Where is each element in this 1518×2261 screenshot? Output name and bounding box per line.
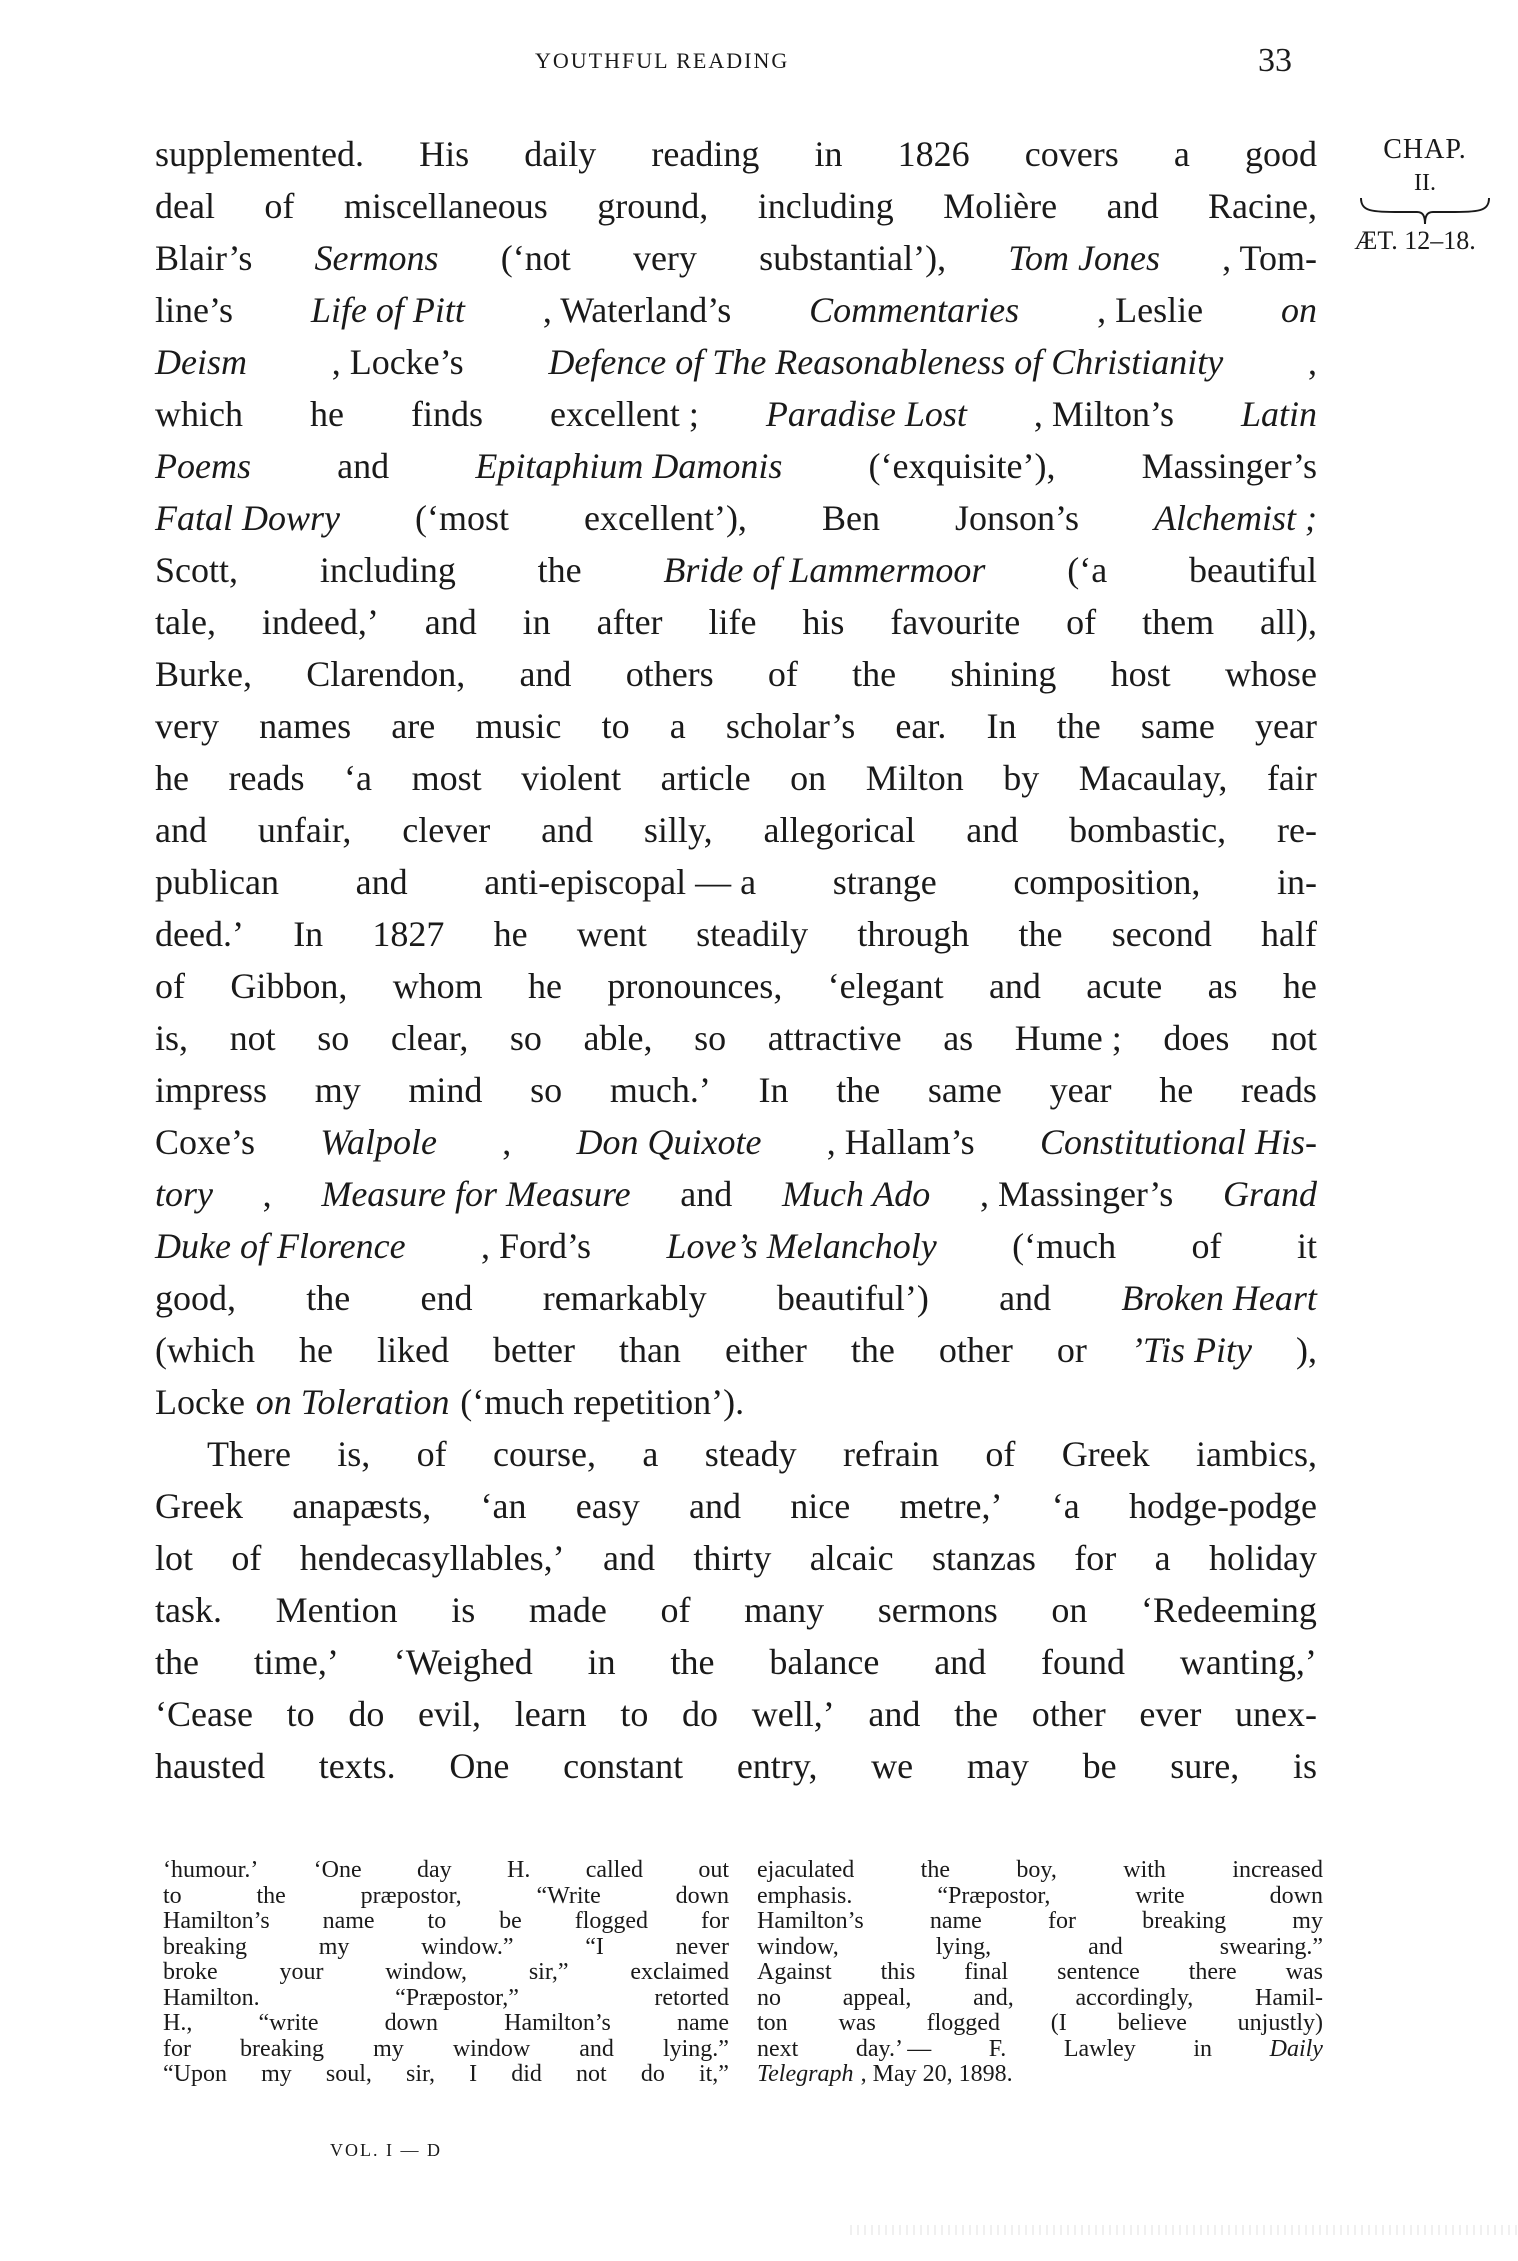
- word: does: [1163, 1012, 1229, 1064]
- word: was: [838, 2011, 875, 2037]
- word: shining: [950, 648, 1056, 700]
- text-line: line’sLife of Pitt, Waterland’sCommentar…: [155, 284, 1317, 336]
- word: in-: [1277, 856, 1317, 908]
- word: His: [419, 128, 469, 180]
- word: ear.: [895, 700, 946, 752]
- word: a: [1155, 1532, 1171, 1584]
- text-line: Fatal Dowry(‘mostexcellent’),BenJonson’s…: [155, 492, 1317, 544]
- word: down: [385, 2011, 438, 2037]
- running-title: YOUTHFUL READING: [535, 48, 789, 74]
- text-line: tonwasflogged(Ibelieveunjustly): [757, 2011, 1323, 2037]
- word: as: [943, 1012, 973, 1064]
- word: name: [323, 1909, 375, 1935]
- text-line: Hamilton’snametobefloggedfor: [163, 1909, 729, 1935]
- italic-title: Defence of The Reasonableness of Christi…: [548, 336, 1223, 388]
- word: “Præpostor,: [937, 1884, 1050, 1910]
- word: the: [852, 648, 896, 700]
- word: metre,’: [900, 1480, 1003, 1532]
- word: soul,: [326, 2062, 372, 2088]
- footnote-left-column: ‘humour.’‘OnedayH.calledouttothepræposto…: [163, 1858, 729, 2088]
- word: and: [356, 856, 408, 908]
- word: alcaic: [810, 1532, 894, 1584]
- word: and,: [973, 1986, 1014, 2012]
- word: ejaculated: [757, 1858, 854, 1884]
- word: is: [1293, 1740, 1317, 1792]
- word: ‘humour.’: [163, 1858, 258, 1884]
- word: miscellaneous: [344, 180, 548, 232]
- word: refrain: [843, 1428, 939, 1480]
- word: iambics,: [1196, 1428, 1317, 1480]
- word: out: [698, 1858, 729, 1884]
- word: sir,: [406, 2062, 435, 2088]
- text-line: Blair’sSermons(‘notverysubstantial’),Tom…: [155, 232, 1317, 284]
- word: “Præpostor,”: [395, 1986, 519, 2012]
- word: he: [528, 960, 562, 1012]
- word: ‘a: [1052, 1480, 1080, 1532]
- italic-title: Love’s Melancholy: [666, 1220, 936, 1272]
- text-line: brokeyourwindow,sir,”exclaimed: [163, 1960, 729, 1986]
- word: deal: [155, 180, 215, 232]
- word: the: [306, 1272, 350, 1324]
- word: life: [708, 596, 756, 648]
- text-line: dealofmiscellaneousground,includingMoliè…: [155, 180, 1317, 232]
- word: sure,: [1170, 1740, 1239, 1792]
- word: Burke,: [155, 648, 252, 700]
- word: or: [1057, 1324, 1087, 1376]
- word: unfair,: [258, 804, 352, 856]
- word: , Hallam’s: [827, 1116, 975, 1168]
- word: better: [493, 1324, 575, 1376]
- word: substantial’),: [759, 232, 946, 284]
- word: Macaulay,: [1079, 752, 1228, 804]
- word: do: [348, 1688, 384, 1740]
- word: the: [256, 1884, 285, 1910]
- word: ‘Redeeming: [1141, 1584, 1317, 1636]
- word: write: [1135, 1884, 1184, 1910]
- text-line: ‘Ceasetodoevil,learntodowell,’andtheothe…: [155, 1688, 1317, 1740]
- word: in: [588, 1636, 616, 1688]
- word: anapæsts,: [292, 1480, 431, 1532]
- text-line: ejaculatedtheboy,withincreased: [757, 1858, 1323, 1884]
- text-line: haustedtexts.Oneconstantentry,wemaybesur…: [155, 1740, 1317, 1792]
- word: retorted: [654, 1986, 729, 2012]
- word: next: [757, 2037, 798, 2063]
- word: the: [921, 1858, 950, 1884]
- word: made: [529, 1584, 607, 1636]
- word: my: [319, 1935, 350, 1961]
- word: , Milton’s: [1034, 388, 1174, 440]
- word: beautiful: [1189, 544, 1317, 596]
- text-line: Hamilton’snameforbreakingmy: [757, 1909, 1323, 1935]
- word: Massinger’s: [1142, 440, 1317, 492]
- text-line: whichhefindsexcellent ;Paradise Lost, Mi…: [155, 388, 1317, 440]
- text-line: andunfair,cleverandsilly,allegoricalandb…: [155, 804, 1317, 856]
- word: through: [857, 908, 969, 960]
- text-line: ofGibbon,whomhepronounces,‘elegantandacu…: [155, 960, 1317, 1012]
- italic-title: Commentaries: [809, 284, 1019, 336]
- word: Greek: [155, 1480, 243, 1532]
- italic-title: Fatal Dowry: [155, 492, 340, 544]
- word: article: [661, 752, 751, 804]
- word: so: [530, 1064, 562, 1116]
- text-line: Telegraph, May 20, 1898.: [757, 2062, 1323, 2088]
- word: lying.”: [663, 2037, 729, 2063]
- word: ‘One: [314, 1858, 362, 1884]
- word: window.”: [421, 1935, 513, 1961]
- italic-title: Poems: [155, 440, 251, 492]
- word: others: [626, 648, 714, 700]
- page-number: 33: [1258, 42, 1292, 80]
- word: thirty: [693, 1532, 771, 1584]
- word: , Tom-: [1222, 232, 1317, 284]
- italic-title: Epitaphium Damonis: [475, 440, 782, 492]
- word: do: [641, 2062, 665, 2088]
- word: music: [475, 700, 561, 752]
- word: and: [934, 1636, 986, 1688]
- word: well,’: [752, 1688, 835, 1740]
- word: ,: [263, 1168, 272, 1220]
- word: hendecasyllables,’: [300, 1532, 565, 1584]
- word: breaking: [1142, 1909, 1226, 1935]
- word: , Leslie: [1097, 284, 1203, 336]
- word: Clarendon,: [306, 648, 465, 700]
- word: the: [1019, 908, 1063, 960]
- word: accordingly,: [1076, 1986, 1194, 2012]
- word: same: [928, 1064, 1002, 1116]
- word: appeal,: [843, 1986, 912, 2012]
- word: not: [230, 1012, 276, 1064]
- word: re-: [1277, 804, 1317, 856]
- word: much.’: [610, 1064, 711, 1116]
- word: of: [155, 960, 185, 1012]
- word: reads: [1241, 1064, 1317, 1116]
- word: (‘exquisite’),: [869, 440, 1056, 492]
- word: the: [538, 544, 582, 596]
- word: did: [511, 2062, 542, 2088]
- text-line: supplemented.Hisdailyreadingin1826covers…: [155, 128, 1317, 180]
- word: “write: [259, 2011, 319, 2037]
- word: entry,: [737, 1740, 818, 1792]
- word: a: [1174, 128, 1190, 180]
- word: the: [851, 1324, 895, 1376]
- word: all),: [1260, 596, 1317, 648]
- word: either: [725, 1324, 807, 1376]
- word: violent: [521, 752, 621, 804]
- word: (I: [1051, 2011, 1067, 2037]
- word: steady: [705, 1428, 797, 1480]
- word: the: [671, 1636, 715, 1688]
- word: and: [966, 804, 1018, 856]
- word: breaking: [240, 2037, 324, 2063]
- word: , Locke’s: [332, 336, 464, 388]
- word: F.: [989, 2037, 1006, 2063]
- word: supplemented.: [155, 128, 364, 180]
- word: he: [310, 388, 344, 440]
- italic-title: Daily: [1270, 2037, 1323, 2063]
- word: them: [1142, 596, 1214, 648]
- word: is: [451, 1584, 475, 1636]
- word: Lawley: [1064, 2037, 1136, 2063]
- word: the: [155, 1636, 199, 1688]
- word: of: [1066, 596, 1096, 648]
- word: was: [1286, 1960, 1323, 1986]
- word: to: [620, 1688, 648, 1740]
- word: end: [420, 1272, 472, 1324]
- word: silly,: [644, 804, 713, 856]
- word: In: [987, 700, 1017, 752]
- word: “Write: [536, 1884, 600, 1910]
- word: window: [453, 2037, 530, 2063]
- italic-title: Deism: [155, 336, 247, 388]
- word: lot: [155, 1532, 193, 1584]
- text-line: publicanandanti-episcopal — astrangecomp…: [155, 856, 1317, 908]
- text-line: Duke of Florence, Ford’sLove’s Melanchol…: [155, 1220, 1317, 1272]
- word: ever: [1139, 1688, 1201, 1740]
- italic-title: on Toleration: [256, 1376, 450, 1428]
- word: than: [619, 1324, 681, 1376]
- word: H.,: [163, 2011, 192, 2037]
- word: it,”: [699, 2062, 729, 2088]
- italic-title: Much Ado: [782, 1168, 930, 1220]
- italic-title: ’Tis Pity: [1131, 1324, 1252, 1376]
- word: his: [802, 596, 844, 648]
- word: clever: [402, 804, 490, 856]
- word: Coxe’s: [155, 1116, 255, 1168]
- word: line’s: [155, 284, 233, 336]
- word: sir,”: [529, 1960, 569, 1986]
- word: never: [676, 1935, 729, 1961]
- word: to: [163, 1884, 182, 1910]
- italic-title: Bride of Lammermoor: [663, 544, 985, 596]
- word: in: [814, 128, 842, 180]
- word: year: [1255, 700, 1317, 752]
- word: impress: [155, 1064, 267, 1116]
- word: hodge-podge: [1129, 1480, 1317, 1532]
- word: flogged: [575, 1909, 648, 1935]
- word: boy,: [1016, 1858, 1056, 1884]
- word: day: [417, 1858, 452, 1884]
- word: Hamilton.: [163, 1986, 260, 2012]
- word: tale,: [155, 596, 216, 648]
- word: hausted: [155, 1740, 265, 1792]
- word: præpostor,: [361, 1884, 462, 1910]
- word: (‘most: [415, 492, 509, 544]
- text-line: nextday.’ —F.LawleyinDaily: [757, 2037, 1323, 2063]
- word: able,: [584, 1012, 653, 1064]
- word: (‘not: [501, 232, 571, 284]
- word: publican: [155, 856, 279, 908]
- word: many: [744, 1584, 824, 1636]
- word: fair: [1267, 752, 1317, 804]
- text-line: ‘humour.’‘OnedayH.calledout: [163, 1858, 729, 1884]
- text-line: is,notsoclear,soable,soattractiveasHume …: [155, 1012, 1317, 1064]
- word: of: [264, 180, 294, 232]
- word: attractive: [768, 1012, 902, 1064]
- text-line: forbreakingmywindowandlying.”: [163, 2037, 729, 2063]
- word: he: [494, 908, 528, 960]
- word: he: [155, 752, 189, 804]
- word: by: [1003, 752, 1039, 804]
- word: including: [758, 180, 894, 232]
- word: ,: [502, 1116, 511, 1168]
- word: whom: [393, 960, 483, 1012]
- word: excellent’),: [584, 492, 747, 544]
- text-line: thetime,’‘Weighedinthebalanceandfoundwan…: [155, 1636, 1317, 1688]
- word: do: [682, 1688, 718, 1740]
- word: it: [1297, 1220, 1317, 1272]
- word: to: [428, 1909, 447, 1935]
- word: Gibbon,: [230, 960, 347, 1012]
- word: deed.’: [155, 908, 244, 960]
- word: , May 20, 1898.: [861, 2062, 1013, 2088]
- word: window,: [385, 1960, 467, 1986]
- word: strange: [833, 856, 937, 908]
- word: acute: [1086, 960, 1162, 1012]
- word: as: [1208, 960, 1238, 1012]
- word: scholar’s: [726, 700, 855, 752]
- word: there: [1189, 1960, 1237, 1986]
- word: not: [1271, 1012, 1317, 1064]
- word: day.’ —: [856, 2037, 931, 2063]
- word: ‘an: [481, 1480, 527, 1532]
- text-line: deed.’In1827hewentsteadilythroughtheseco…: [155, 908, 1317, 960]
- text-line: H.,“writedownHamilton’sname: [163, 2011, 729, 2037]
- word: names: [259, 700, 351, 752]
- word: In: [293, 908, 323, 960]
- word: to: [287, 1688, 315, 1740]
- word: is,: [155, 1012, 188, 1064]
- word: name: [930, 1909, 982, 1935]
- word: excellent ;: [550, 388, 699, 440]
- word: is,: [337, 1428, 370, 1480]
- word: Molière: [943, 180, 1057, 232]
- word: of: [985, 1428, 1015, 1480]
- curly-brace-icon: [1355, 196, 1495, 226]
- word: so: [694, 1012, 726, 1064]
- word: are: [391, 700, 435, 752]
- word: liked: [377, 1324, 449, 1376]
- word: not: [576, 2062, 607, 2088]
- word: (‘a: [1067, 544, 1107, 596]
- word: window,: [757, 1935, 839, 1961]
- italic-title: Grand: [1223, 1168, 1317, 1220]
- word: called: [586, 1858, 643, 1884]
- word: half: [1261, 908, 1317, 960]
- chapter-number: II.: [1340, 170, 1510, 196]
- text-line: tothepræpostor,“Writedown: [163, 1884, 729, 1910]
- word: a: [670, 700, 686, 752]
- word: pronounces,: [607, 960, 782, 1012]
- word: 1826: [898, 128, 970, 180]
- text-line: window,lying,andswearing.”: [757, 1935, 1323, 1961]
- word: very: [633, 232, 697, 284]
- word: and: [519, 648, 571, 700]
- word: learn: [515, 1688, 587, 1740]
- word: In: [759, 1064, 789, 1116]
- word: Jonson’s: [955, 492, 1079, 544]
- word: and: [989, 960, 1041, 1012]
- italic-title: Tom Jones: [1008, 232, 1160, 284]
- signature-mark: VOL. I — D: [330, 2140, 442, 2161]
- scan-artifact: [850, 2225, 1518, 2235]
- word: good: [1245, 128, 1317, 180]
- word: constant: [563, 1740, 683, 1792]
- word: breaking: [163, 1935, 247, 1961]
- word: of: [1192, 1220, 1222, 1272]
- word: (‘much repetition’).: [460, 1376, 744, 1428]
- word: found: [1041, 1636, 1125, 1688]
- word: the: [954, 1688, 998, 1740]
- word: my: [1292, 1909, 1323, 1935]
- italic-title: tory: [155, 1168, 213, 1220]
- text-line: “Uponmysoul,sir,Ididnotdoit,”: [163, 2062, 729, 2088]
- word: so: [510, 1012, 542, 1064]
- word: my: [261, 2062, 292, 2088]
- word: and: [689, 1480, 741, 1532]
- word: (which: [155, 1324, 255, 1376]
- text-line: task.Mentionismadeofmanysermonson‘Redeem…: [155, 1584, 1317, 1636]
- word: reads: [229, 752, 305, 804]
- text-line: good,theendremarkablybeautiful’)andBroke…: [155, 1272, 1317, 1324]
- chapter-label: CHAP.: [1340, 130, 1510, 170]
- footnote-right-column: ejaculatedtheboy,withincreasedemphasis.“…: [757, 1858, 1323, 2088]
- word: ‘Cease: [155, 1688, 253, 1740]
- word: final: [964, 1960, 1008, 1986]
- word: with: [1123, 1858, 1166, 1884]
- word: ),: [1296, 1324, 1317, 1376]
- word: swearing.”: [1220, 1935, 1323, 1961]
- running-header: YOUTHFUL READING 33: [0, 42, 1518, 82]
- word: and: [1107, 180, 1159, 232]
- word: year: [1050, 1064, 1112, 1116]
- word: increased: [1232, 1858, 1323, 1884]
- word: and: [868, 1688, 920, 1740]
- word: Hamil-: [1255, 1986, 1323, 2012]
- word: bombastic,: [1069, 804, 1226, 856]
- italic-title: on: [1281, 284, 1317, 336]
- text-line: lotofhendecasyllables,’andthirtyalcaicst…: [155, 1532, 1317, 1584]
- word: my: [373, 2037, 404, 2063]
- italic-title: Duke of Florence: [155, 1220, 406, 1272]
- word: most: [412, 752, 482, 804]
- word: and: [541, 804, 593, 856]
- word: Blair’s: [155, 232, 252, 284]
- word: , Waterland’s: [543, 284, 731, 336]
- word: unex-: [1235, 1688, 1317, 1740]
- italic-title: Telegraph: [757, 2062, 853, 2088]
- word: Hamilton’s: [504, 2011, 611, 2037]
- word: may: [967, 1740, 1029, 1792]
- text-line: Scott,includingtheBride of Lammermoor(‘a…: [155, 544, 1317, 596]
- word: a: [642, 1428, 658, 1480]
- word: I: [469, 2062, 477, 2088]
- italic-title: Don Quixote: [576, 1116, 761, 1168]
- italic-title: Broken Heart: [1121, 1272, 1317, 1324]
- word: the: [1057, 700, 1101, 752]
- word: same: [1141, 700, 1215, 752]
- word: went: [577, 908, 647, 960]
- word: he: [1283, 960, 1317, 1012]
- word: the: [836, 1064, 880, 1116]
- word: evil,: [418, 1688, 481, 1740]
- word: beautiful’): [777, 1272, 929, 1324]
- word: reading: [651, 128, 759, 180]
- italic-title: Latin: [1241, 388, 1317, 440]
- word: ,: [1308, 336, 1317, 388]
- word: your: [279, 1960, 323, 1986]
- word: be: [499, 1909, 522, 1935]
- text-line: Coxe’sWalpole,Don Quixote, Hallam’sConst…: [155, 1116, 1317, 1168]
